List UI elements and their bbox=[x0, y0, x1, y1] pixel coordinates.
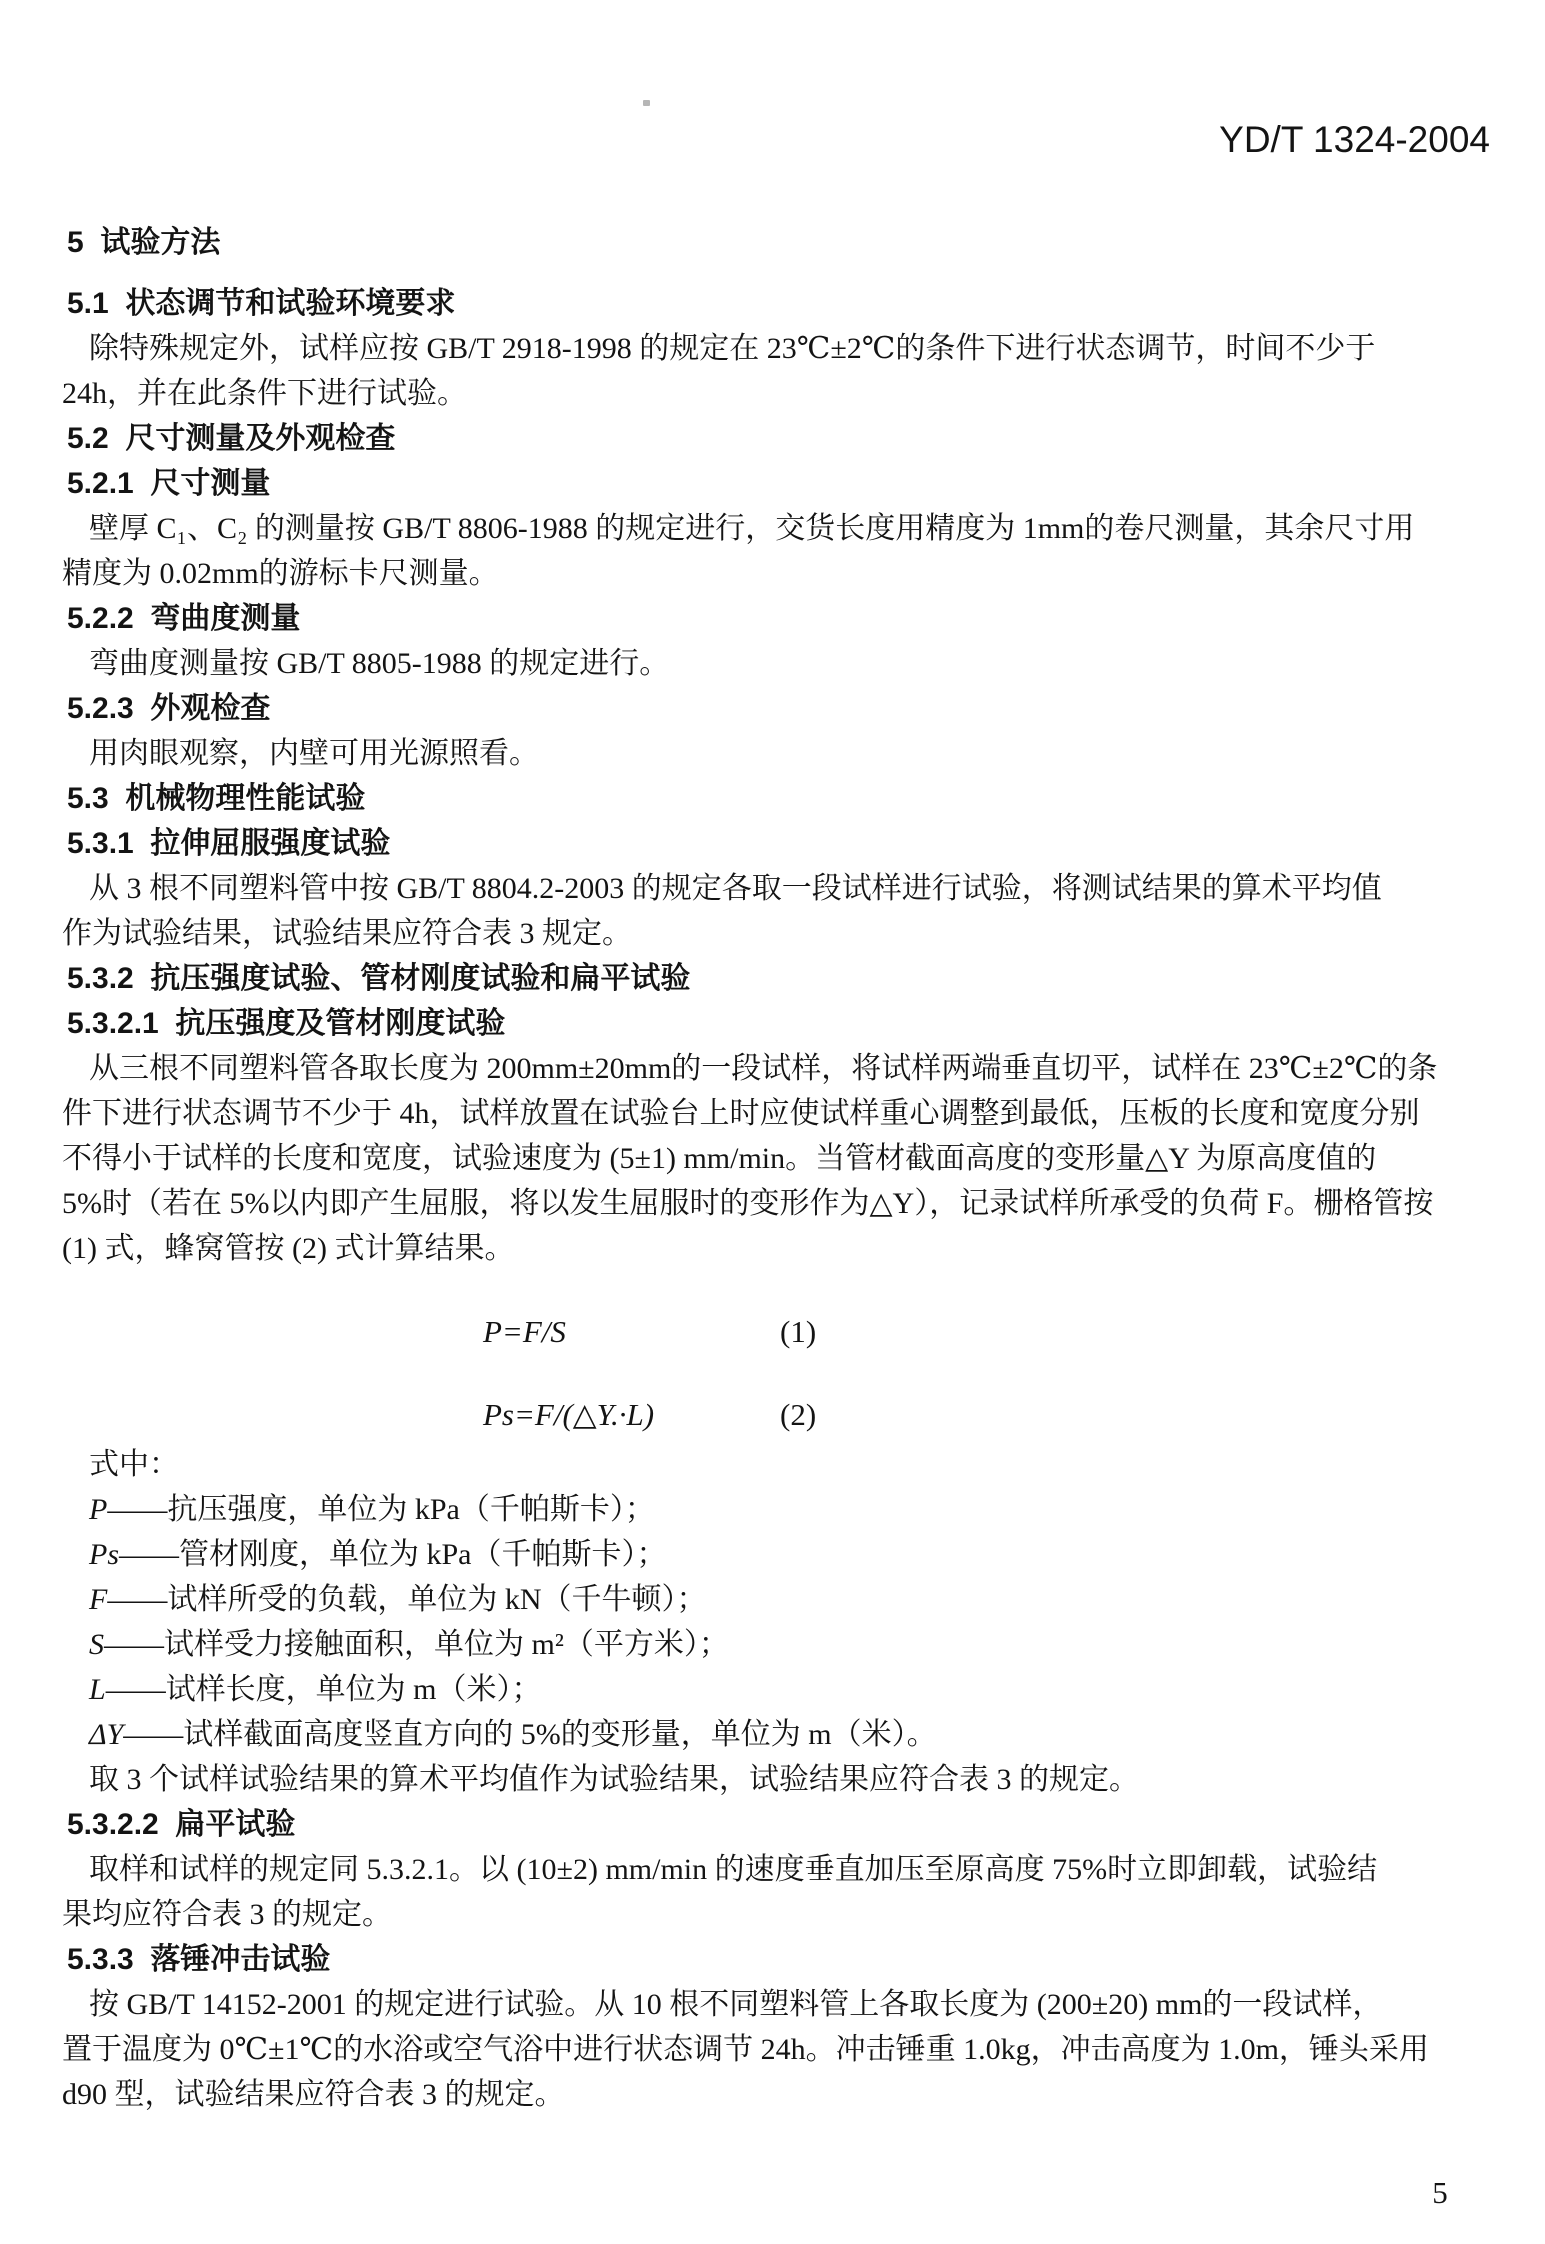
formula-line: Ps=F/(△Y.·L)(2) bbox=[62, 1392, 1494, 1437]
section-heading: 5.3.1 拉伸屈服强度试验 bbox=[62, 821, 1494, 866]
section-heading: 5.3 机械物理性能试验 bbox=[62, 776, 1494, 821]
text-line: d90 型，试验结果应符合表 3 的规定。 bbox=[62, 2072, 1494, 2117]
definition-symbol: S bbox=[89, 1628, 104, 1661]
definition-symbol: P bbox=[89, 1493, 107, 1526]
formula-expression: Ps=F/(△Y.·L) bbox=[483, 1397, 654, 1432]
text-line: 作为试验结果，试验结果应符合表 3 规定。 bbox=[62, 911, 1494, 956]
section-heading: 5.3.2.1 抗压强度及管材刚度试验 bbox=[62, 1001, 1494, 1046]
text-line: 弯曲度测量按 GB/T 8805-1988 的规定进行。 bbox=[62, 641, 1494, 686]
formula-expression: P=F/S bbox=[483, 1314, 566, 1349]
text-line: 置于温度为 0℃±1℃的水浴或空气浴中进行状态调节 24h。冲击锤重 1.0kg… bbox=[62, 2027, 1494, 2072]
definition-text: ——试样所受的负载，单位为 kN（千牛顿）； bbox=[107, 1583, 706, 1616]
definition-symbol: L bbox=[89, 1673, 106, 1706]
section-heading: 5 试验方法 bbox=[62, 220, 1494, 265]
section-heading: 5.2.1 尺寸测量 bbox=[62, 461, 1494, 506]
text-line: 式中： bbox=[62, 1442, 1494, 1487]
text-line: 取样和试样的规定同 5.3.2.1。以 (10±2) mm/min 的速度垂直加… bbox=[62, 1847, 1494, 1892]
text-line: 5%时（若在 5%以内即产生屈服，将以发生屈服时的变形作为△Y），记录试样所承受… bbox=[62, 1181, 1494, 1226]
definition-symbol: ΔY bbox=[89, 1718, 123, 1751]
definition-line: L——试样长度，单位为 m（米）； bbox=[62, 1667, 1494, 1712]
section-heading: 5.2.2 弯曲度测量 bbox=[62, 596, 1494, 641]
text-line: 壁厚 C₁、C₂ 的测量按 GB/T 8806-1988 的规定进行，交货长度用… bbox=[62, 506, 1494, 551]
section-heading: 5.3.2 抗压强度试验、管材刚度试验和扁平试验 bbox=[62, 956, 1494, 1001]
text-line: 用肉眼观察，内壁可用光源照看。 bbox=[62, 731, 1494, 776]
definition-text: ——试样长度，单位为 m（米）； bbox=[106, 1673, 542, 1706]
definition-line: S——试样受力接触面积，单位为 m²（平方米）； bbox=[62, 1622, 1494, 1667]
text-line: 从 3 根不同塑料管中按 GB/T 8804.2-2003 的规定各取一段试样进… bbox=[62, 866, 1494, 911]
definition-line: P——抗压强度，单位为 kPa（千帕斯卡）； bbox=[62, 1487, 1494, 1532]
definition-line: ΔY——试样截面高度竖直方向的 5%的变形量，单位为 m（米）。 bbox=[62, 1712, 1494, 1757]
definition-text: ——抗压强度，单位为 kPa（千帕斯卡）； bbox=[107, 1493, 655, 1526]
section-heading: 5.3.3 落锤冲击试验 bbox=[62, 1937, 1494, 1982]
section-heading: 5.2 尺寸测量及外观检查 bbox=[62, 416, 1494, 461]
text-line: 件下进行状态调节不少于 4h，试样放置在试验台上时应使试样重心调整到最低，压板的… bbox=[62, 1091, 1494, 1136]
definition-text: ——试样截面高度竖直方向的 5%的变形量，单位为 m（米）。 bbox=[123, 1718, 936, 1751]
document-page: YD/T 1324-2004 5 试验方法5.1 状态调节和试验环境要求除特殊规… bbox=[0, 0, 1545, 2244]
section-heading: 5.2.3 外观检查 bbox=[62, 686, 1494, 731]
scan-artifact-mark bbox=[643, 100, 650, 106]
text-line: 24h，并在此条件下进行试验。 bbox=[62, 371, 1494, 416]
text-line: (1) 式，蜂窝管按 (2) 式计算结果。 bbox=[62, 1226, 1494, 1271]
text-line: 取 3 个试样试验结果的算术平均值作为试验结果，试验结果应符合表 3 的规定。 bbox=[62, 1757, 1494, 1802]
section-heading: 5.1 状态调节和试验环境要求 bbox=[62, 281, 1494, 326]
definition-line: F——试样所受的负载，单位为 kN（千牛顿）； bbox=[62, 1577, 1494, 1622]
text-line: 除特殊规定外，试样应按 GB/T 2918-1998 的规定在 23℃±2℃的条… bbox=[62, 326, 1494, 371]
formula-number: (2) bbox=[780, 1392, 816, 1437]
doc-code-header: YD/T 1324-2004 bbox=[1160, 121, 1490, 158]
document-body: 5 试验方法5.1 状态调节和试验环境要求除特殊规定外，试样应按 GB/T 29… bbox=[62, 220, 1494, 2117]
text-line: 果均应符合表 3 的规定。 bbox=[62, 1892, 1494, 1937]
definition-symbol: F bbox=[89, 1583, 107, 1616]
formula-line: P=F/S(1) bbox=[62, 1309, 1494, 1354]
text-line: 从三根不同塑料管各取长度为 200mm±20mm的一段试样，将试样两端垂直切平，… bbox=[62, 1046, 1494, 1091]
formula-number: (1) bbox=[780, 1309, 816, 1354]
definition-line: Ps——管材刚度，单位为 kPa（千帕斯卡）； bbox=[62, 1532, 1494, 1577]
text-line: 按 GB/T 14152-2001 的规定进行试验。从 10 根不同塑料管上各取… bbox=[62, 1982, 1494, 2027]
definition-text: ——试样受力接触面积，单位为 m²（平方米）； bbox=[104, 1628, 729, 1661]
definition-symbol: Ps bbox=[89, 1538, 119, 1571]
section-heading: 5.3.2.2 扁平试验 bbox=[62, 1802, 1494, 1847]
text-line: 不得小于试样的长度和宽度，试验速度为 (5±1) mm/min。当管材截面高度的… bbox=[62, 1136, 1494, 1181]
definition-text: ——管材刚度，单位为 kPa（千帕斯卡）； bbox=[119, 1538, 667, 1571]
page-number: 5 bbox=[1400, 2176, 1480, 2210]
text-line: 精度为 0.02mm的游标卡尺测量。 bbox=[62, 551, 1494, 596]
